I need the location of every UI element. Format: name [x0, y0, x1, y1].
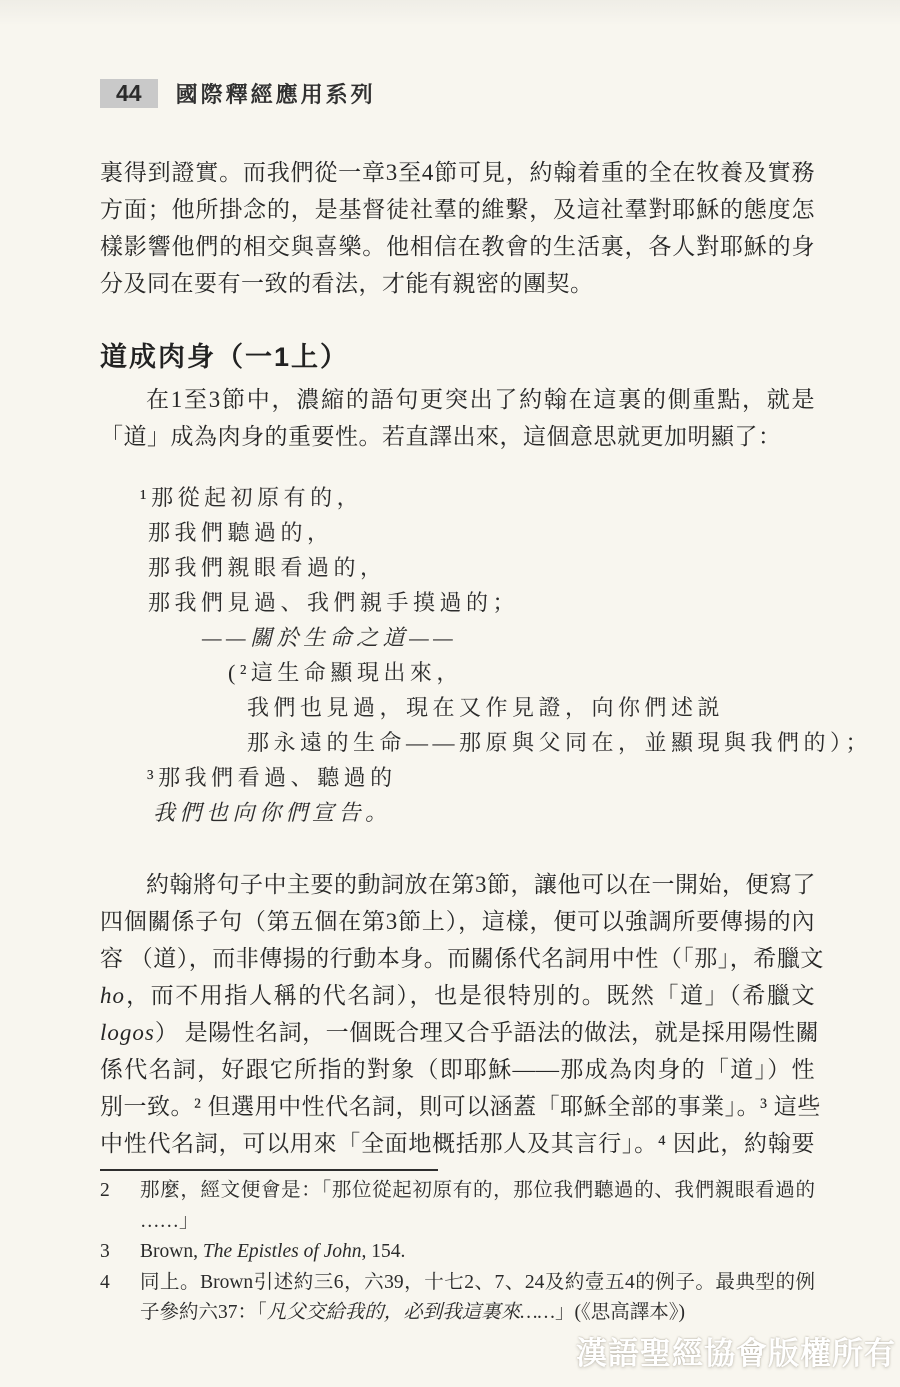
paragraph-line-text: ，而不用指人稱的代名詞），也是很特別的。既然「道」（希臘文	[125, 983, 815, 1008]
scripture-line: 那我們聽過的，	[148, 515, 815, 550]
page-header: 44 國際釋經應用系列	[100, 78, 815, 109]
scripture-line-emphasis: ——關於生命之道——	[202, 620, 815, 655]
scripture-line-emphasis: 我們也向你們宣告。	[153, 795, 815, 830]
paragraph-line: 「道」成為肉身的重要性。若直譯出來，這個意思就更加明顯了：	[100, 418, 815, 455]
paragraph-line: 容 （道），而非傳揚的行動本身。而關係代名詞用中性（「那」，希臘文	[100, 940, 815, 977]
paragraph-line: 裏得到證實。而我們從一章3至4節可見，約翰着重的全在牧養及實務	[100, 154, 815, 191]
book-page: 44 國際釋經應用系列 裏得到證實。而我們從一章3至4節可見，約翰着重的全在牧養…	[0, 0, 900, 1387]
footnote-4: 4 同上。Brown引述約三6，六39，十七2、7、24及約壹五4的例子。最典型…	[100, 1268, 815, 1329]
intro-paragraph: 裏得到證實。而我們從一章3至4節可見，約翰着重的全在牧養及實務 方面；他所掛念的…	[100, 154, 815, 302]
footnote-3: 3 Brown, The Epistles of John, 154.	[100, 1237, 815, 1268]
paragraph-line: 方面；他所掛念的，是基督徒社羣的維繫，及這社羣對耶穌的態度怎	[100, 191, 815, 228]
footnote-line: 同上。Brown引述約三6，六39，十七2、7、24及約壹五4的例子。最典型的例	[140, 1268, 815, 1299]
page-content: 44 國際釋經應用系列 裏得到證實。而我們從一章3至4節可見，約翰着重的全在牧養…	[100, 0, 815, 1329]
footnote-number: 4	[100, 1268, 140, 1329]
paragraph-line: 在1至3節中，濃縮的語句更突出了約翰在這裏的側重點，就是	[100, 381, 815, 418]
scripture-line: ¹那從起初原有的，	[140, 480, 815, 515]
paragraph-line-text: ） 是陽性名詞，一個既合理又合乎語法的做法，就是採用陽性關	[155, 1020, 819, 1045]
paragraph-line: 約翰將句子中主要的動詞放在第3節，讓他可以在一開始，便寫了	[100, 866, 815, 903]
paragraph-line: 樣影響他們的相交與喜樂。他相信在教會的生活裏，各人對耶穌的身	[100, 228, 815, 265]
scripture-line: 那我們親眼看過的，	[148, 550, 815, 585]
footnote-line-text: 子參約六37：「	[140, 1302, 267, 1323]
scripture-line: (²這生命顯現出來，	[228, 655, 815, 690]
scripture-line: 那我們見過、我們親手摸過的；	[148, 585, 815, 620]
section-intro-paragraph: 在1至3節中，濃縮的語句更突出了約翰在這裏的側重點，就是 「道」成為肉身的重要性…	[100, 381, 815, 455]
copyright-watermark: 漢語聖經協會版權所有	[576, 1328, 896, 1373]
scripture-line: 那永遠的生命——那原與父同在，並顯現與我們的）；	[247, 725, 815, 760]
paragraph-line: 四個關係子句（第五個在第3節上），這樣，便可以強調所要傳揚的內	[100, 903, 815, 940]
footnote-line-text: 」(《思高譯本》)	[555, 1302, 685, 1323]
paragraph-line: ho，而不用指人稱的代名詞），也是很特別的。既然「道」（希臘文	[100, 977, 815, 1014]
main-paragraph: 約翰將句子中主要的動詞放在第3節，讓他可以在一開始，便寫了 四個關係子句（第五個…	[100, 866, 815, 1162]
footnote-citation-page: , 154.	[362, 1241, 406, 1262]
paragraph-line: 別一致。² 但選用中性代名詞，則可以涵蓋「耶穌全部的事業」。³ 這些	[100, 1088, 815, 1125]
paragraph-line: 中性代名詞，可以用來「全面地概括那人及其言行」。⁴ 因此，約翰要	[100, 1125, 815, 1162]
footnote-citation-title: The Epistles of John	[203, 1241, 362, 1262]
paragraph-line: 分及同在要有一致的看法，才能有親密的團契。	[100, 265, 815, 302]
scripture-line: ³那我們看過、聽過的	[147, 760, 815, 795]
paragraph-line: 係代名詞，好跟它所指的對象（即耶穌——那成為肉身的「道」）性	[100, 1051, 815, 1088]
footnote-number: 2	[100, 1176, 140, 1237]
greek-transliteration: ho	[100, 983, 125, 1008]
greek-transliteration: logos	[100, 1020, 155, 1045]
footnote-line: 那麼，經文便會是：「那位從起初原有的，那位我們聽過的、我們親眼看過的	[140, 1176, 815, 1207]
scripture-line: 我們也見過，現在又作見證，向你們述説	[247, 690, 815, 725]
page-number: 44	[100, 79, 158, 108]
series-title: 國際釋經應用系列	[176, 78, 376, 109]
footnote-divider	[100, 1169, 438, 1171]
footnote-line: ……」	[140, 1207, 815, 1238]
footnote-citation-author: Brown,	[140, 1241, 203, 1262]
footnote-line: 子參約六37：「凡父交給我的，必到我這裏來……」(《思高譯本》)	[140, 1298, 815, 1329]
footnote-number: 3	[100, 1237, 140, 1268]
footnote-text: Brown, The Epistles of John, 154.	[140, 1237, 815, 1268]
scripture-quote-block: ¹那從起初原有的， 那我們聽過的， 那我們親眼看過的， 那我們見過、我們親手摸過…	[100, 480, 815, 830]
footnote-scripture-quote: 凡父交給我的，必到我這裏來……	[267, 1302, 555, 1323]
footnotes: 2 那麼，經文便會是：「那位從起初原有的，那位我們聽過的、我們親眼看過的 ……」…	[100, 1176, 815, 1329]
footnote-text: 同上。Brown引述約三6，六39，十七2、7、24及約壹五4的例子。最典型的例…	[140, 1268, 815, 1329]
footnote-2: 2 那麼，經文便會是：「那位從起初原有的，那位我們聽過的、我們親眼看過的 ……」	[100, 1176, 815, 1237]
paragraph-line: logos） 是陽性名詞，一個既合理又合乎語法的做法，就是採用陽性關	[100, 1014, 815, 1051]
section-heading: 道成肉身（一1上）	[100, 335, 815, 374]
footnote-text: 那麼，經文便會是：「那位從起初原有的，那位我們聽過的、我們親眼看過的 ……」	[140, 1176, 815, 1237]
